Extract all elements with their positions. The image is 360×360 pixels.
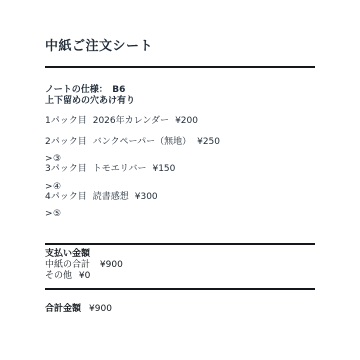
total-section: 合計金額 ¥900 bbox=[45, 304, 315, 314]
pack-index: 2パック目 bbox=[45, 138, 87, 147]
pack-name: 2026年カレンダー bbox=[93, 117, 169, 126]
pack-price: ¥200 bbox=[175, 117, 198, 126]
page-title: 中紙ご注文シート bbox=[45, 39, 315, 55]
pack-name: 読書感想 bbox=[93, 193, 129, 202]
order-sheet-document: 中紙ご注文シート ノートの仕様： B6 上下留めの穴あけ有り 1パック目 202… bbox=[0, 0, 360, 360]
note-spec-size: ノートの仕様： B6 bbox=[45, 85, 315, 96]
pack-item-4: 4パック目 読書感想 ¥300 bbox=[45, 193, 315, 202]
pack-index: 4パック目 bbox=[45, 193, 87, 202]
pack-name: バンクペーパー（無地） bbox=[93, 138, 191, 147]
payment-subtotal-value: ¥900 bbox=[100, 260, 123, 270]
total-label: 合計金額 bbox=[45, 304, 81, 314]
total-divider bbox=[45, 288, 315, 290]
total-amount: ¥900 bbox=[89, 304, 112, 314]
pack-name: トモエリバー bbox=[93, 165, 147, 174]
pack-marker-3: >③ bbox=[45, 155, 315, 164]
note-spec-section: ノートの仕様： B6 上下留めの穴あけ有り bbox=[45, 85, 315, 107]
payment-heading: 支払い金額 bbox=[45, 249, 315, 260]
pack-item-3: 3パック目 トモエリバー ¥150 bbox=[45, 165, 315, 174]
pack-item-2: 2パック目 バンクペーパー（無地） ¥250 bbox=[45, 138, 315, 147]
pack-marker-4: >④ bbox=[45, 183, 315, 192]
payment-subtotal-label: 中紙の合計 bbox=[45, 260, 90, 270]
pack-price: ¥300 bbox=[135, 193, 158, 202]
payment-top-divider bbox=[45, 243, 315, 245]
payment-subtotal-row: 中紙の合計 ¥900 bbox=[45, 260, 315, 271]
pack-list: 1パック目 2026年カレンダー ¥200 2パック目 バンクペーパー（無地） … bbox=[45, 117, 315, 219]
pack-index: 3パック目 bbox=[45, 165, 87, 174]
payment-section: 支払い金額 中紙の合計 ¥900 その他 ¥0 bbox=[45, 249, 315, 282]
title-divider bbox=[45, 66, 315, 68]
pack-index: 1パック目 bbox=[45, 117, 87, 126]
payment-other-label: その他 bbox=[45, 271, 72, 281]
payment-other-row: その他 ¥0 bbox=[45, 271, 315, 282]
pack-price: ¥250 bbox=[197, 138, 220, 147]
payment-other-value: ¥0 bbox=[79, 271, 90, 281]
pack-marker-5: >⑤ bbox=[45, 210, 315, 219]
pack-item-1: 1パック目 2026年カレンダー ¥200 bbox=[45, 117, 315, 126]
note-spec-binding: 上下留めの穴あけ有り bbox=[45, 96, 315, 107]
pack-price: ¥150 bbox=[152, 165, 175, 174]
